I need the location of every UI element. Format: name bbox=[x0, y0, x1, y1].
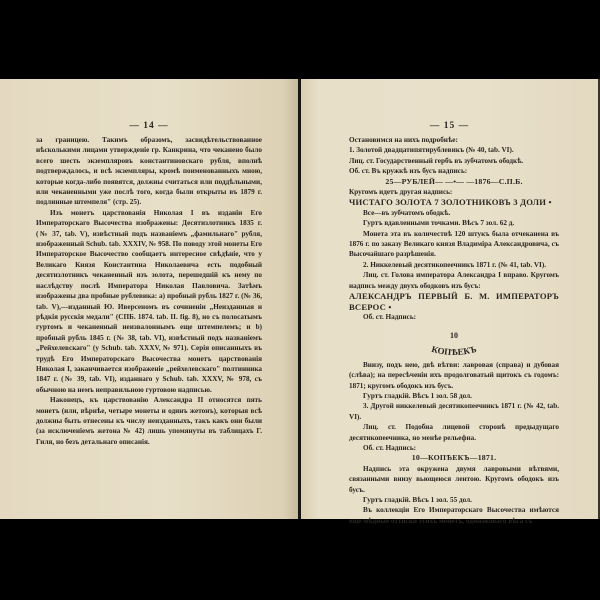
page-left: — 14 — за границею. Такимъ образомъ, зас… bbox=[0, 79, 298, 519]
denomination-arc-text: КОПѢЕКЪ bbox=[409, 342, 499, 360]
paragraph: Надпись эта окружена двумя лавровыми вѣт… bbox=[349, 464, 559, 495]
coin-inscription: АЛЕКСАНДРЪ ПЕРВЫЙ Б. М. ИМПЕРАТОРЪ ВСЕРО… bbox=[349, 291, 559, 312]
item-title: 3. Другой никкелевый десятикопеечникъ 18… bbox=[349, 401, 559, 422]
line: Гуртъ вдавленными точками. Вѣсъ 7 зол. 6… bbox=[349, 218, 559, 228]
line: Кругомъ идетъ другая надпись: bbox=[349, 187, 559, 197]
item-title: 1. Золотой двадцатипятирублевикъ (№ 40, … bbox=[349, 145, 559, 155]
page-right: — 15 — Остановимся на нихъ подробнѣе: 1.… bbox=[301, 79, 598, 519]
book-spread: — 14 — за границею. Такимъ образомъ, зас… bbox=[0, 79, 600, 519]
line: Об. ст. Надпись: bbox=[349, 443, 559, 453]
paragraph: Наконецъ, къ царствованію Александра II … bbox=[36, 395, 262, 447]
line: Лиц. ст. Государственный гербъ въ зубчат… bbox=[349, 156, 559, 166]
coin-inscription: ЧИСТАГО ЗОЛОТА 7 ЗОЛОТНИКОВЪ 3 ДОЛИ • bbox=[349, 197, 559, 207]
page-number: — 15 — bbox=[301, 121, 598, 131]
page-body: за границею. Такимъ образомъ, засвидѣтел… bbox=[36, 135, 262, 447]
paragraph: Лиц. ст. Голова императора Александра I … bbox=[349, 270, 559, 291]
svg-text:КОПѢЕКЪ: КОПѢЕКЪ bbox=[431, 344, 478, 357]
line: Остановимся на нихъ подробнѣе: bbox=[349, 135, 559, 145]
line: Об. ст. Надпись: bbox=[349, 312, 559, 322]
line: Гуртъ гладкій. Вѣсъ 1 зол. 55 дол. bbox=[349, 495, 559, 505]
paragraph: Лиц. ст. Подобна лицевой сторонѣ предыду… bbox=[349, 422, 559, 443]
coin-inscription: 10—КОПѢЕКЪ—1871. bbox=[349, 453, 559, 463]
coin-inscription: 25—РУБЛЕЙ— —•— —1876—С.П.Б. bbox=[349, 177, 559, 187]
line: Гуртъ гладкій. Вѣсъ 1 зол. 58 дол. bbox=[349, 391, 559, 401]
paragraph: Монета эта въ количествѣ 120 штукъ была … bbox=[349, 229, 559, 260]
denomination-number: 10 bbox=[349, 331, 559, 341]
line: Об. ст. Въ кружкѣ изъ бусъ надпись: bbox=[349, 166, 559, 176]
paragraph: Внизу, подъ нею, двѣ вѣтви: лавровая (сп… bbox=[349, 360, 559, 391]
page-number: — 14 — bbox=[0, 121, 298, 131]
page-body: Остановимся на нихъ подробнѣе: 1. Золото… bbox=[349, 135, 559, 526]
line: Все—въ зубчатомъ ободкѣ. bbox=[349, 208, 559, 218]
paragraph: за границею. Такимъ образомъ, засвидѣтел… bbox=[36, 135, 262, 208]
paragraph: Въ коллекціи Его Императорскаго Высочест… bbox=[349, 505, 559, 526]
item-title: 2. Никкелевый десятикопеечникъ 1871 г. (… bbox=[349, 260, 559, 270]
paragraph: Изъ монетъ царствованія Николая I въ изд… bbox=[36, 208, 262, 395]
